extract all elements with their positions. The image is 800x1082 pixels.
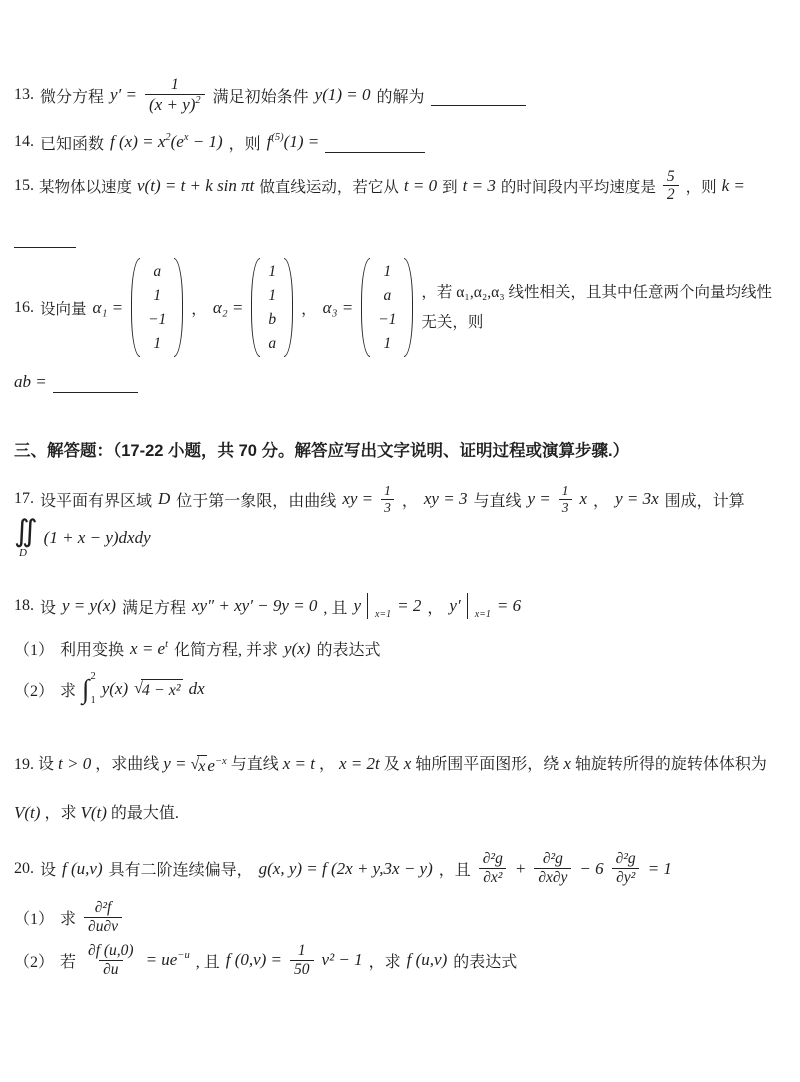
math-segment: x = 2t bbox=[339, 754, 380, 773]
text-segment: 的时间段内平均速度是 bbox=[501, 175, 656, 197]
denominator: 2 bbox=[663, 185, 679, 204]
fraction: ∂²g ∂x∂y bbox=[534, 850, 571, 887]
text-segment: 求 bbox=[60, 678, 76, 701]
text-segment: 位于第一象限，由曲线 bbox=[176, 488, 336, 511]
math-segment: ab = bbox=[14, 372, 47, 392]
answer-blank bbox=[431, 90, 526, 106]
text-segment: ，则 bbox=[686, 175, 717, 197]
column-vector: 1 a −1 1 bbox=[361, 258, 413, 357]
text-segment: ，求 bbox=[369, 949, 401, 972]
denominator: 50 bbox=[290, 960, 314, 979]
fraction: ∂²f ∂u∂v bbox=[84, 899, 122, 936]
vector-label: α₁ = bbox=[93, 298, 124, 318]
denominator: ∂x² bbox=[479, 868, 506, 887]
numerator: 1 bbox=[294, 942, 310, 960]
text-segment: 具有二阶连续偏导， bbox=[109, 857, 253, 880]
text-segment: 设 bbox=[38, 756, 54, 773]
text-segment: 若 bbox=[60, 949, 76, 972]
question-18: 18. 设 y = y(x) 满足方程 xy″ + xy′ − 9y = 0 ,… bbox=[14, 593, 774, 619]
numerator: 5 bbox=[663, 168, 679, 186]
vector-entry: b bbox=[268, 311, 276, 328]
double-integral: ∬ D bbox=[14, 517, 38, 559]
numerator: ∂²g bbox=[479, 850, 507, 868]
right-paren bbox=[174, 258, 183, 357]
question-number: 16. bbox=[14, 299, 34, 317]
left-paren bbox=[361, 258, 370, 357]
text-segment: 设 bbox=[40, 595, 56, 618]
left-paren bbox=[131, 258, 140, 357]
math-segment: y = 3x bbox=[615, 489, 659, 509]
text-segment: 的解为 bbox=[377, 84, 425, 107]
text-segment: 及 bbox=[384, 756, 400, 773]
text-segment: 设平面有界区域 bbox=[40, 488, 152, 511]
double-integral-icon: ∬ bbox=[14, 517, 38, 547]
math-segment: x bbox=[404, 754, 412, 773]
text-segment: 满足方程 bbox=[122, 595, 186, 618]
math-segment: = 1 bbox=[648, 859, 672, 879]
math-segment: y(x) bbox=[284, 639, 310, 659]
text-segment: 到 bbox=[442, 175, 458, 197]
question-17: 17. 设平面有界区域 D 位于第一象限，由曲线 xy = 1 3 ， xy =… bbox=[14, 483, 774, 515]
vector-entry: −1 bbox=[148, 311, 166, 328]
vector-entry: 1 bbox=[383, 335, 391, 352]
text-segment: 做直线运动，若它从 bbox=[259, 175, 399, 197]
operator: − 6 bbox=[579, 859, 603, 879]
math-segment: g(x, y) = f (2x + y,3x − y) bbox=[259, 859, 433, 879]
math-segment: dx bbox=[189, 679, 205, 699]
text-segment: 的表达式 bbox=[316, 637, 380, 660]
separator: ， bbox=[319, 756, 335, 773]
numerator: 1 bbox=[167, 76, 183, 94]
part-number: （1） bbox=[14, 637, 54, 660]
text-segment: ，求 bbox=[44, 805, 76, 822]
text-segment: 已知函数 bbox=[40, 131, 104, 154]
denominator: ∂u∂v bbox=[84, 917, 122, 936]
eval-subscript: x=1 bbox=[375, 609, 391, 620]
math-segment: f (u,v) bbox=[62, 859, 103, 879]
vector-entries: a 1 −1 1 bbox=[140, 258, 174, 357]
integral-icon: ∫ bbox=[82, 676, 89, 703]
right-paren bbox=[284, 258, 293, 357]
math-segment: V(t) bbox=[80, 803, 106, 822]
part-number: （1） bbox=[14, 906, 54, 929]
math-segment: xy = 3 bbox=[424, 489, 468, 509]
eval-bar bbox=[467, 593, 468, 619]
exponent: t bbox=[165, 639, 168, 650]
numerator: 1 bbox=[381, 483, 394, 499]
radicand: 4 − x² bbox=[141, 679, 183, 700]
vector-label: α₃ = bbox=[323, 298, 354, 318]
math-segment: = ue−u bbox=[146, 950, 190, 970]
lower-limit: 1 bbox=[90, 696, 95, 707]
math-segment: y(x) bbox=[102, 679, 128, 699]
definite-integral: ∫ 2 1 bbox=[82, 672, 96, 706]
separator: ， bbox=[427, 595, 443, 618]
vector-entries: 1 a −1 1 bbox=[370, 258, 404, 357]
text-segment: 求 bbox=[60, 906, 76, 929]
text-segment: ，则 bbox=[229, 131, 261, 154]
question-number: 18. bbox=[14, 597, 34, 615]
question-20: 20. 设 f (u,v) 具有二阶连续偏导， g(x, y) = f (2x … bbox=[14, 850, 774, 887]
question-19: 19. 设 t > 0 ，求曲线 y = √xe−x 与直线 x = t ， x… bbox=[14, 740, 774, 838]
fraction: 1 50 bbox=[290, 942, 314, 979]
text-segment: 设向量 bbox=[40, 297, 87, 319]
math-segment: xy″ + xy′ − 9y = 0 bbox=[192, 596, 317, 616]
math-segment: e−x bbox=[207, 756, 226, 776]
answer-blank bbox=[14, 232, 76, 248]
vector-entry: −1 bbox=[378, 311, 396, 328]
text-segment: 轴所围平面图形，绕 bbox=[415, 756, 559, 773]
text-segment: , 且 bbox=[323, 595, 347, 618]
denominator: 3 bbox=[559, 499, 572, 516]
exponent: (5) bbox=[271, 132, 283, 143]
denominator: ∂y² bbox=[612, 868, 639, 887]
radicand: x bbox=[197, 755, 207, 776]
eval-bar bbox=[367, 593, 368, 619]
question-number: 20. bbox=[14, 860, 34, 878]
fraction: 5 2 bbox=[663, 168, 679, 205]
fraction: 1 3 bbox=[381, 483, 394, 515]
exponent: −u bbox=[177, 950, 189, 961]
math-segment: x bbox=[580, 489, 588, 509]
math-segment: f (u,v) bbox=[407, 950, 448, 970]
upper-limit: 2 bbox=[90, 672, 95, 683]
column-vector: a 1 −1 1 bbox=[131, 258, 183, 357]
answer-blank bbox=[325, 137, 425, 153]
fraction: ∂²g ∂x² bbox=[479, 850, 507, 887]
separator: ， bbox=[301, 297, 317, 319]
section-header: 三、解答题：（17-22 小题，共 70 分。解答应写出文字说明、证明过程或演算… bbox=[14, 437, 774, 461]
text-segment: 微分方程 bbox=[40, 84, 104, 107]
square-root: √x bbox=[191, 755, 208, 776]
math-segment: t = 0 bbox=[404, 176, 437, 196]
vector-entry: 1 bbox=[268, 287, 276, 304]
numerator: ∂f (u,0) bbox=[84, 942, 138, 960]
fraction: ∂²g ∂y² bbox=[612, 850, 640, 887]
math-segment: D bbox=[158, 489, 170, 509]
question-18-part-1: （1） 利用变换 x = et 化简方程, 并求 y(x) 的表达式 bbox=[14, 637, 774, 660]
text-segment: 与直线 bbox=[231, 756, 279, 773]
numerator: ∂²g bbox=[539, 850, 567, 868]
separator: ， bbox=[593, 488, 609, 511]
math-segment: y = y(x) bbox=[62, 596, 116, 616]
math-segment: f (0,v) = bbox=[226, 950, 282, 970]
denominator: 3 bbox=[381, 499, 394, 516]
text-segment: 与直线 bbox=[473, 488, 521, 511]
text-segment: 轴旋转所得的旋转体体积为 bbox=[575, 756, 767, 773]
numerator: 1 bbox=[559, 483, 572, 499]
exponent: −x bbox=[215, 756, 227, 769]
numerator: ∂²g bbox=[612, 850, 640, 868]
vector-entry: 1 bbox=[153, 335, 161, 352]
part-number: （2） bbox=[14, 678, 54, 701]
vector-entry: 1 bbox=[268, 263, 276, 280]
math-segment: v² − 1 bbox=[322, 950, 363, 970]
text-segment: 利用变换 bbox=[60, 637, 124, 660]
text-segment: , 且 bbox=[196, 949, 220, 972]
math-segment: t > 0 bbox=[58, 754, 91, 773]
question-number: 13. bbox=[14, 86, 34, 104]
math-segment: = 2 bbox=[397, 596, 421, 616]
math-segment: y = bbox=[527, 489, 550, 509]
text-segment: ，且 bbox=[439, 857, 471, 880]
denominator: (x + y)2 bbox=[145, 94, 205, 115]
text-segment: 的表达式 bbox=[453, 949, 517, 972]
math-segment: y′ = bbox=[110, 85, 137, 105]
text-segment: 围成，计算 bbox=[665, 488, 745, 511]
math-segment: y(1) = 0 bbox=[315, 85, 371, 105]
text-segment: 设 bbox=[40, 857, 56, 880]
math-segment: = 6 bbox=[497, 596, 521, 616]
denominator: ∂x∂y bbox=[534, 868, 571, 887]
text-segment: 化简方程, 并求 bbox=[174, 637, 278, 660]
question-13: 13. 微分方程 y′ = 1 (x + y)2 满足初始条件 y(1) = 0… bbox=[14, 76, 774, 115]
math-segment: x bbox=[563, 754, 571, 773]
exam-page: 13. 微分方程 y′ = 1 (x + y)2 满足初始条件 y(1) = 0… bbox=[0, 0, 800, 1082]
eval-subscript: x=1 bbox=[475, 609, 491, 620]
question-14: 14. 已知函数 f (x) = x2(ex − 1) ，则 f(5)(1) = bbox=[14, 131, 774, 154]
separator: ， bbox=[402, 488, 418, 511]
question-17-integral: ∬ D (1 + x − y)dxdy bbox=[14, 517, 774, 559]
evaluated-term: y′ bbox=[449, 596, 460, 616]
vector-label: α₂ = bbox=[213, 298, 244, 318]
math-segment: x = t bbox=[283, 754, 315, 773]
math-segment: t = 3 bbox=[463, 176, 496, 196]
vector-entry: a bbox=[153, 263, 161, 280]
square-root: √ 4 − x² bbox=[134, 679, 182, 700]
text-segment: ，若 α₁,α₂,α₃ 线性相关，且其中任意两个向量均线性无关，则 bbox=[421, 278, 774, 338]
fraction: 1 (x + y)2 bbox=[145, 76, 205, 115]
part-number: （2） bbox=[14, 949, 54, 972]
question-number: 15. bbox=[14, 177, 34, 195]
separator: ， bbox=[191, 297, 207, 319]
left-paren bbox=[251, 258, 260, 357]
math-segment: f(5)(1) = bbox=[267, 132, 320, 152]
math-segment: f (x) = x2(ex − 1) bbox=[110, 132, 223, 152]
operator: + bbox=[515, 859, 526, 879]
math-segment: V(t) bbox=[14, 803, 40, 822]
question-number: 17. bbox=[14, 490, 34, 508]
answer-blank bbox=[53, 377, 138, 393]
fraction: ∂f (u,0) ∂u bbox=[84, 942, 138, 979]
integral-domain: D bbox=[19, 548, 27, 559]
math-segment: v(t) = t + k sin πt bbox=[137, 176, 254, 196]
question-16-answer-line: ab = bbox=[14, 371, 774, 393]
text-segment: 某物体以速度 bbox=[39, 175, 132, 197]
column-vector: 1 1 b a bbox=[251, 258, 293, 357]
question-20-part-1: （1） 求 ∂²f ∂u∂v bbox=[14, 899, 774, 936]
math-segment: xy = bbox=[342, 489, 373, 509]
math-segment: (1 + x − y)dxdy bbox=[44, 528, 151, 548]
math-segment: x = et bbox=[130, 639, 168, 659]
question-number: 14. bbox=[14, 133, 34, 151]
integral-limits: 2 1 bbox=[90, 672, 95, 706]
text-segment: 满足初始条件 bbox=[213, 84, 309, 107]
question-16: 16. 设向量 α₁ = a 1 −1 1 ， α₂ = 1 1 b a ， bbox=[14, 258, 774, 357]
math-segment: y = bbox=[163, 754, 186, 773]
question-15: 15. 某物体以速度 v(t) = t + k sin πt 做直线运动，若它从… bbox=[14, 168, 774, 249]
vector-entry: a bbox=[268, 335, 276, 352]
right-paren bbox=[404, 258, 413, 357]
vector-entries: 1 1 b a bbox=[260, 258, 284, 357]
numerator: ∂²f bbox=[91, 899, 116, 917]
question-number: 19. bbox=[14, 756, 34, 773]
math-segment: k = bbox=[722, 176, 745, 196]
text-segment: ，求曲线 bbox=[95, 756, 159, 773]
evaluated-term: y bbox=[353, 596, 361, 616]
vector-entry: a bbox=[383, 287, 391, 304]
question-18-part-2: （2） 求 ∫ 2 1 y(x) √ 4 − x² dx bbox=[14, 672, 774, 706]
question-20-part-2: （2） 若 ∂f (u,0) ∂u = ue−u , 且 f (0,v) = 1… bbox=[14, 942, 774, 979]
denominator: ∂u bbox=[99, 960, 122, 979]
fraction: 1 3 bbox=[559, 483, 572, 515]
vector-entry: 1 bbox=[153, 287, 161, 304]
text-segment: 的最大值. bbox=[111, 805, 179, 822]
vector-entry: 1 bbox=[383, 263, 391, 280]
exponent: 2 bbox=[195, 95, 200, 106]
